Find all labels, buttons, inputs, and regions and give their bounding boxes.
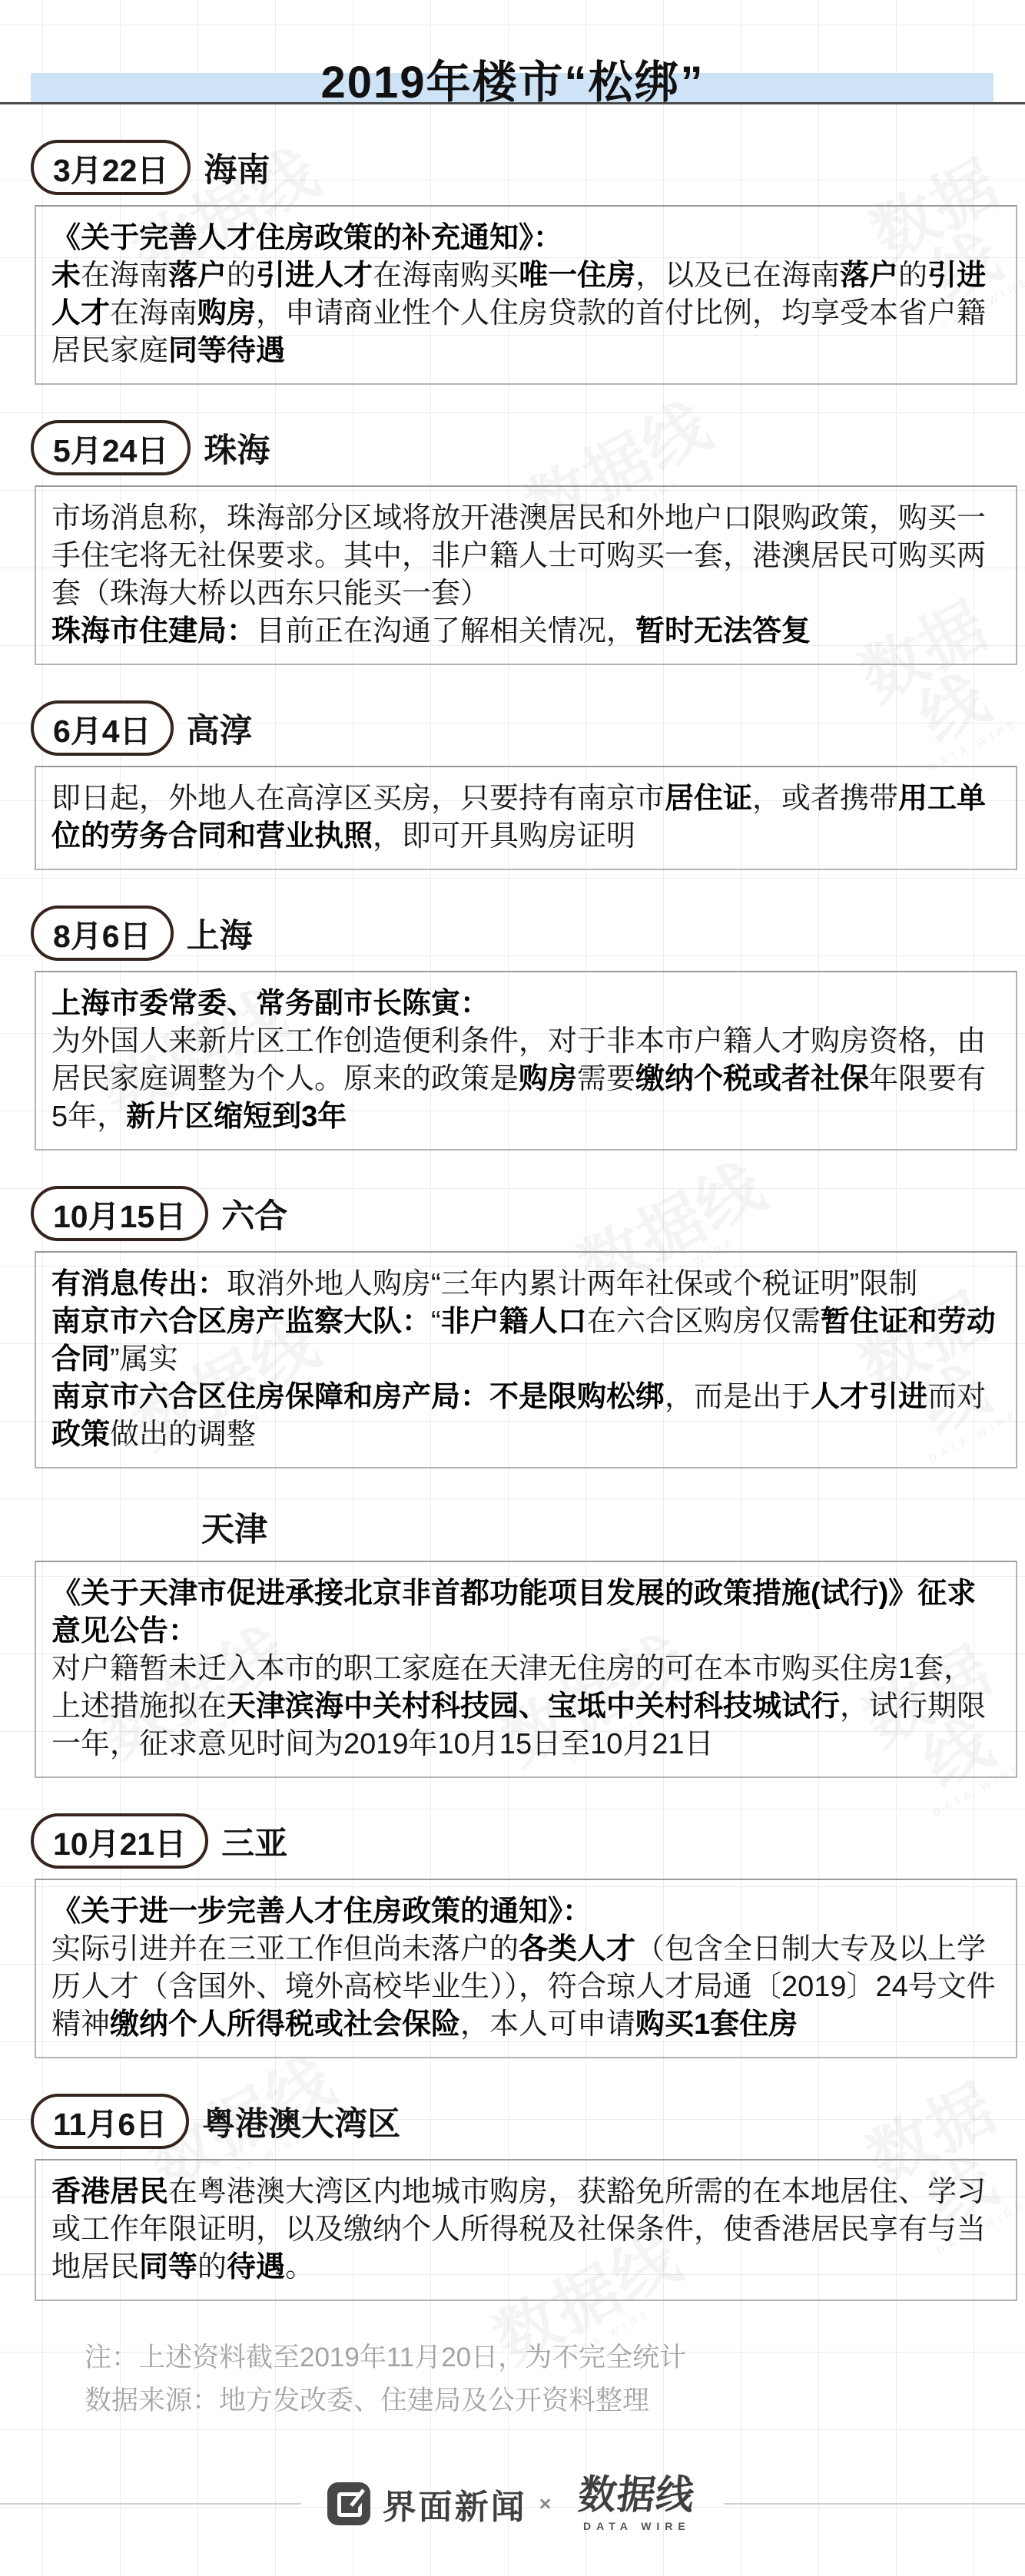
footer: 注：上述资料截至2019年11月20日，为不完全统计 数据来源：地方发改委、住建…	[0, 2336, 1025, 2541]
city-label: 上海	[187, 910, 253, 957]
paragraph: 香港居民在粤港澳大湾区内地城市购房，获豁免所需的在本地居住、学习或工作年限证明，…	[51, 2174, 1000, 2286]
date-pill: 10月21日	[31, 1813, 208, 1869]
content-box: 上海市委常委、常务副市长陈寅：为外国人来新片区工作创造便利条件，对于非本市户籍人…	[35, 971, 1017, 1151]
brand-rule-right	[724, 2503, 1025, 2505]
content-box: 《关于进一步完善人才住房政策的通知》：实际引进并在三亚工作但尚未落户的各类人才（…	[35, 1879, 1017, 2058]
policy-section: 10月21日 三亚 《关于进一步完善人才住房政策的通知》：实际引进并在三亚工作但…	[0, 1813, 1025, 2058]
content-box: 《关于天津市促进承接北京非首都功能项目发展的政策措施(试行)》征求意见公告：对户…	[35, 1561, 1017, 1778]
datawire-logo-text: 数据线	[576, 2475, 697, 2515]
jiemian-news-logo-text: 界面新闻	[383, 2479, 527, 2528]
content-box: 《关于完善人才住房政策的补充通知》：未在海南落户的引进人才在海南购买唯一住房，以…	[35, 205, 1017, 385]
footer-notes: 注：上述资料截至2019年11月20日，为不完全统计 数据来源：地方发改委、住建…	[85, 2336, 1025, 2422]
section-header: 6月4日 高淳	[31, 700, 1025, 756]
paragraph: 实际引进并在三亚工作但尚未落户的各类人才（包含全日制大专及以上学历人才（含国外、…	[51, 1931, 1000, 2044]
city-label: 高淳	[187, 705, 253, 752]
date-pill: 8月6日	[31, 906, 174, 961]
paragraph: 《关于进一步完善人才住房政策的通知》：	[51, 1893, 1000, 1931]
section-header: 5月24日 珠海	[31, 420, 1025, 475]
date-pill: 6月4日	[31, 700, 174, 756]
paragraph: 对户籍暂未迁入本市的职工家庭在天津无住房的可在本市购买住房1套，上述措施拟在天津…	[51, 1651, 1000, 1763]
date-pill: 11月6日	[31, 2094, 189, 2149]
paragraph: 南京市六合区房产监察大队：“非户籍人口在六合区购房仅需暂住证和劳动合同”属实	[51, 1303, 1000, 1379]
policy-section: 8月6日 上海 上海市委常委、常务副市长陈寅：为外国人来新片区工作创造便利条件，…	[0, 906, 1025, 1151]
infographic-page: 数据线DATA WIRE数据线DATA WIRE数据线DATA WIRE数据线D…	[0, 0, 1025, 2576]
section-header: 3月22日 海南	[31, 140, 1025, 195]
paragraph: 《关于完善人才住房政策的补充通知》：	[51, 220, 1000, 257]
policy-section: 3月22日 海南 《关于完善人才住房政策的补充通知》：未在海南落户的引进人才在海…	[0, 140, 1025, 385]
brand-row: 界面新闻 × 数据线 DATA WIRE	[0, 2467, 1025, 2541]
policy-section: 6月4日 高淳 即日起，外地人在高淳区买房，只要持有南京市居住证，或者携带用工单…	[0, 700, 1025, 870]
city-label: 天津	[201, 1504, 267, 1551]
brand-lockup: 界面新闻 × 数据线 DATA WIRE	[327, 2475, 698, 2532]
policy-section: 天津 《关于天津市促进承接北京非首都功能项目发展的政策措施(试行)》征求意见公告…	[0, 1504, 1025, 1778]
city-label: 珠海	[204, 425, 270, 472]
footer-note-2: 数据来源：地方发改委、住建局及公开资料整理	[85, 2379, 1025, 2422]
content-box: 香港居民在粤港澳大湾区内地城市购房，获豁免所需的在本地居住、学习或工作年限证明，…	[35, 2159, 1017, 2301]
city-label: 三亚	[221, 1818, 287, 1865]
policy-section: 5月24日 珠海 市场消息称，珠海部分区域将放开港澳居民和外地户口限购政策，购买…	[0, 420, 1025, 665]
paragraph: 《关于天津市促进承接北京非首都功能项目发展的政策措施(试行)》征求意见公告：	[51, 1575, 1000, 1651]
date-pill: 5月24日	[31, 420, 191, 475]
datawire-logo-subtext: DATA WIRE	[583, 2520, 691, 2532]
paragraph: 市场消息称，珠海部分区域将放开港澳居民和外地户口限购政策，购买一手住宅将无社保要…	[51, 500, 1000, 613]
city-label: 六合	[221, 1190, 287, 1237]
section-header: 11月6日 粤港澳大湾区	[31, 2094, 1025, 2149]
paragraph: 有消息传出：取消外地人购房“三年内累计两年社保或个税证明”限制	[51, 1266, 1000, 1303]
paragraph: 南京市六合区住房保障和房产局：不是限购松绑，而是出于人才引进而对政策做出的调整	[51, 1379, 1000, 1454]
header: 2019年楼市“松绑”	[0, 0, 1025, 104]
section-header: 天津	[31, 1504, 1025, 1551]
content-box: 有消息传出：取消外地人购房“三年内累计两年社保或个税证明”限制南京市六合区房产监…	[35, 1251, 1017, 1468]
title-block: 2019年楼市“松绑”	[0, 0, 1025, 102]
section-header: 10月15日 六合	[31, 1186, 1025, 1241]
paragraph: 为外国人来新片区工作创造便利条件，对于非本市户籍人才购房资格，由居民家庭调整为个…	[51, 1023, 1000, 1136]
policy-section: 10月15日 六合 有消息传出：取消外地人购房“三年内累计两年社保或个税证明”限…	[0, 1186, 1025, 1468]
page-title: 2019年楼市“松绑”	[0, 58, 1025, 109]
jiemian-news-logo-icon	[327, 2482, 370, 2525]
sections: 3月22日 海南 《关于完善人才住房政策的补充通知》：未在海南落户的引进人才在海…	[0, 140, 1025, 2301]
section-header: 8月6日 上海	[31, 906, 1025, 961]
datawire-logo: 数据线 DATA WIRE	[576, 2475, 698, 2532]
policy-section: 11月6日 粤港澳大湾区 香港居民在粤港澳大湾区内地城市购房，获豁免所需的在本地…	[0, 2094, 1025, 2301]
content-box: 即日起，外地人在高淳区买房，只要持有南京市居住证，或者携带用工单位的劳务合同和营…	[35, 766, 1017, 870]
brand-rule-left	[0, 2503, 301, 2505]
city-label: 海南	[204, 144, 270, 191]
date-pill: 10月15日	[31, 1186, 208, 1241]
paragraph: 上海市委常委、常务副市长陈寅：	[51, 985, 1000, 1023]
paragraph: 珠海市住建局：目前正在沟通了解相关情况，暂时无法答复	[51, 613, 1000, 651]
content-box: 市场消息称，珠海部分区域将放开港澳居民和外地户口限购政策，购买一手住宅将无社保要…	[35, 485, 1017, 665]
section-header: 10月21日 三亚	[31, 1813, 1025, 1869]
city-label: 粤港澳大湾区	[202, 2098, 400, 2145]
footer-note-1: 注：上述资料截至2019年11月20日，为不完全统计	[85, 2336, 1025, 2379]
date-pill: 3月22日	[31, 140, 191, 195]
brand-separator: ×	[539, 2492, 552, 2516]
paragraph: 未在海南落户的引进人才在海南购买唯一住房，以及已在海南落户的引进人才在海南购房，…	[51, 257, 1000, 370]
paragraph: 即日起，外地人在高淳区买房，只要持有南京市居住证，或者携带用工单位的劳务合同和营…	[51, 780, 1000, 856]
